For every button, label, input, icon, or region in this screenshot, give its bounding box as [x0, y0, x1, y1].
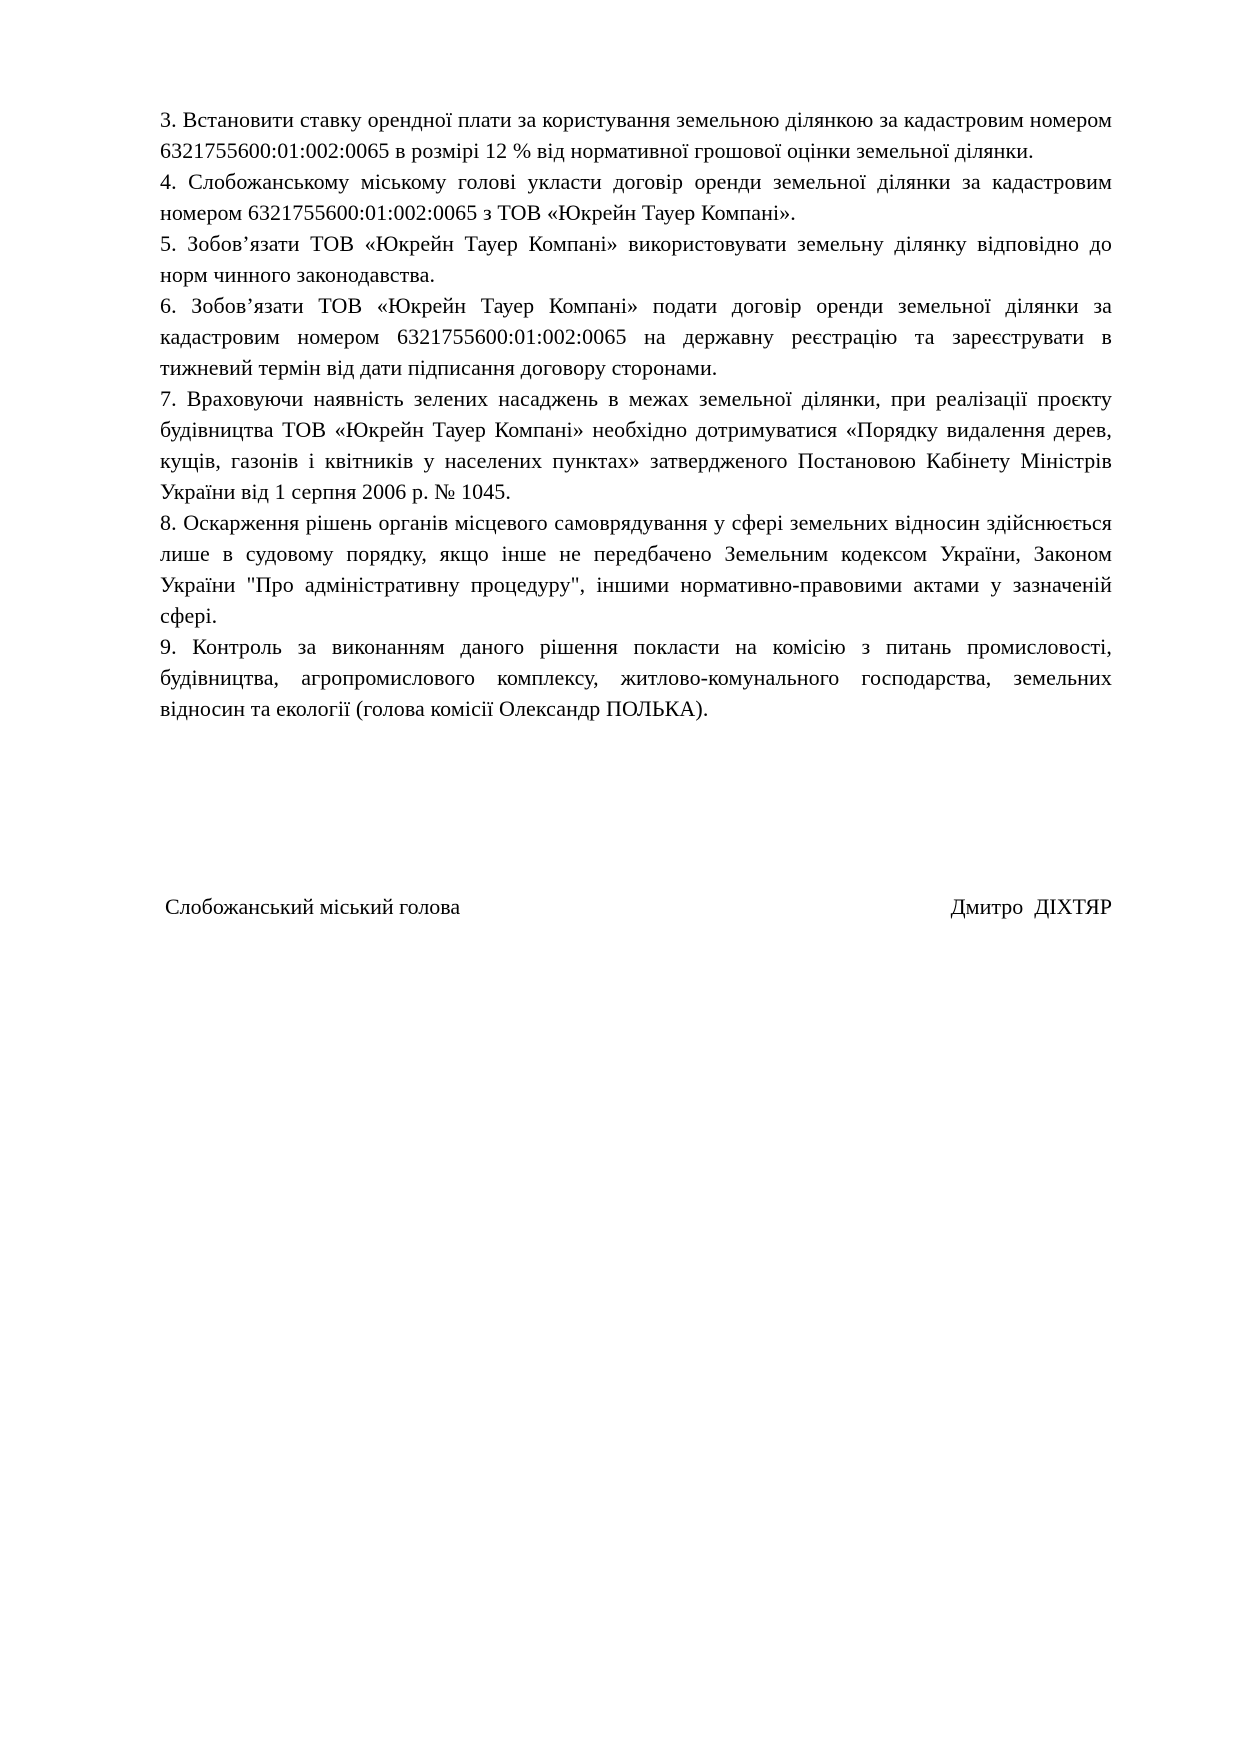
document-page: 3. Встановити ставку орендної плати за к… — [0, 0, 1240, 1754]
paragraph-6: 6. Зобов’язати ТОВ «Юкрейн Тауер Компані… — [160, 290, 1112, 383]
paragraph-5: 5. Зобов’язати ТОВ «Юкрейн Тауер Компані… — [160, 228, 1112, 290]
paragraph-7: 7. Враховуючи наявність зелених насаджен… — [160, 383, 1112, 507]
document-body: 3. Встановити ставку орендної плати за к… — [160, 104, 1112, 724]
signature-row: Слобожанський міський голова Дмитро ДІХТ… — [165, 891, 1112, 922]
paragraph-3: 3. Встановити ставку орендної плати за к… — [160, 104, 1112, 166]
paragraph-8: 8. Оскарження рішень органів місцевого с… — [160, 507, 1112, 631]
signature-name: Дмитро ДІХТЯР — [951, 891, 1112, 922]
paragraph-9: 9. Контроль за виконанням даного рішення… — [160, 631, 1112, 724]
signature-title: Слобожанський міський голова — [165, 891, 460, 922]
paragraph-4: 4. Слобожанському міському голові укласт… — [160, 166, 1112, 228]
